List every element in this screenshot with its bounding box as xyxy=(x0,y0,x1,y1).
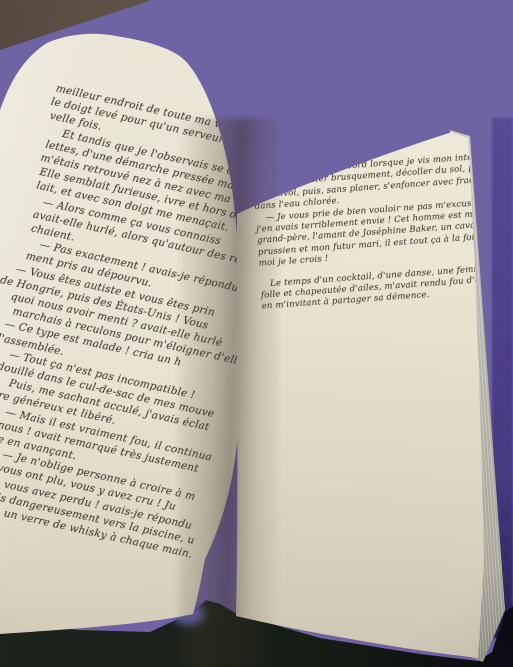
photo-of-open-book: meilleur endroit de toute ma vie, l'avai… xyxy=(0,0,513,667)
